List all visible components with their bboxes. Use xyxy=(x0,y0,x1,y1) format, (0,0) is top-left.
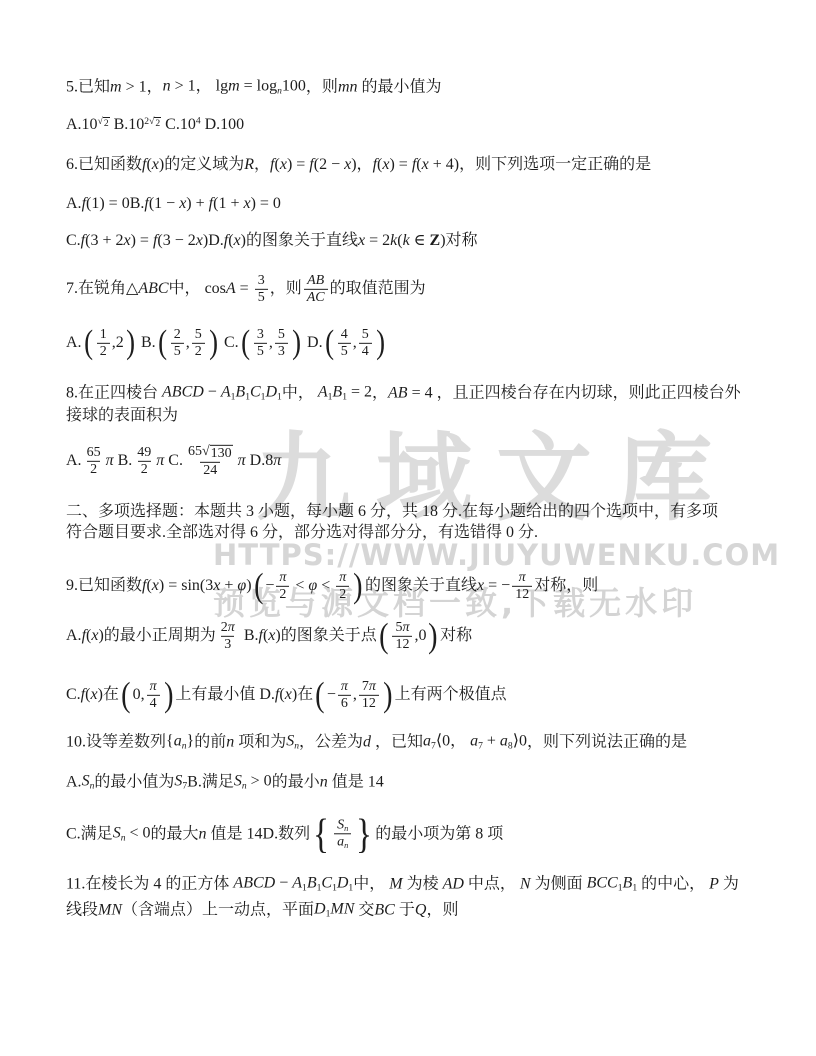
text-run: 二、多项选择题：本题共 3 小题，每小题 6 分，共 18 分.在每小题给出的四… xyxy=(66,502,718,522)
text-run: 的最小 xyxy=(272,772,320,792)
math-run: d xyxy=(363,732,371,752)
delimiter: ) xyxy=(164,679,173,711)
fraction: π2 xyxy=(336,570,349,602)
fraction: 2π3 xyxy=(218,620,238,652)
text-run: C. xyxy=(164,451,183,471)
text-run: 的图象关于直线 xyxy=(246,231,358,251)
delimiter: ( xyxy=(121,679,130,711)
math-run: − xyxy=(265,576,274,596)
text-run: D. xyxy=(208,231,224,251)
problem-9-options-cd: C.f(x)在(0,π4)上有最小值 D.f(x)在(−π6,7π12)上有两个… xyxy=(66,679,507,711)
text-run: 中， xyxy=(353,874,389,894)
fraction: 5π12 xyxy=(392,620,412,652)
section-2-header-1: 二、多项选择题：本题共 3 小题，每小题 6 分，共 18 分.在每小题给出的四… xyxy=(66,502,718,522)
text-run: C. xyxy=(66,231,81,251)
text-run: B.10 xyxy=(110,115,145,135)
text-run: 上有最小值 D. xyxy=(175,685,275,705)
math-run: △ABC xyxy=(126,279,169,299)
delimiter: ) xyxy=(429,620,438,652)
text-run: 中， xyxy=(282,383,318,403)
text-run: A. xyxy=(66,772,82,792)
text-run: ，则 xyxy=(270,279,302,299)
fraction: 35 xyxy=(254,327,267,359)
fraction: π4 xyxy=(147,679,160,711)
fraction: 54 xyxy=(359,327,372,359)
text-run: （含端点）上一动点，平面 xyxy=(122,900,314,920)
math-run: f(x) = sin(3x + φ) xyxy=(142,576,252,596)
text-run: 6.已知函数 xyxy=(66,155,142,175)
text-run: ， xyxy=(357,155,373,175)
text-run: 5.已知 xyxy=(66,77,110,97)
math-run: , xyxy=(353,685,357,705)
text-run: B. xyxy=(137,333,156,353)
section-2-header-2: 符合题目要求.全部选对得 6 分，部分选对得部分分，有选错得 0 分. xyxy=(66,523,538,543)
text-run: 的最小值为 xyxy=(94,772,174,792)
delimiter: ( xyxy=(315,679,324,711)
problem-10-statement: 10.设等差数列{an}的前n 项和为Sn，公差为d ，已知a7⟨0， a7 +… xyxy=(66,731,687,752)
text-run: 在 xyxy=(103,685,119,705)
fraction: ABAC xyxy=(304,273,328,305)
math-run: 0, xyxy=(133,685,145,705)
text-run: 值是 14D.数列 xyxy=(207,824,311,844)
math-run: ,0 xyxy=(414,626,426,646)
math-run: f(x) = f(x + 4) xyxy=(373,155,460,175)
fraction: 652 xyxy=(84,445,104,477)
problem-8-statement-2: 接球的表面积为 xyxy=(66,406,178,426)
problem-6-statement: 6.已知函数f(x)的定义域为R，f(x) = f(2 − x)，f(x) = … xyxy=(66,155,651,175)
text-run: 7.在锐角 xyxy=(66,279,126,299)
math-run: AD xyxy=(443,874,464,894)
delimiter: ) xyxy=(353,570,362,602)
text-run: 10.设等差数列 xyxy=(66,732,166,752)
problem-6-options-cd: C.f(3 + 2x) = f(3 − 2x)D.f(x)的图象关于直线x = … xyxy=(66,231,478,251)
text-run: ， xyxy=(372,383,388,403)
problem-10-options-cd: C.满足Sn < 0的最大n 值是 14D.数列{Snan}的最小项为第 8 项 xyxy=(66,815,503,852)
math-run: P xyxy=(709,874,719,894)
text-run: 的取值范围为 xyxy=(330,279,426,299)
text-run: 中， xyxy=(169,279,205,299)
text-run: B. xyxy=(130,194,145,214)
math-run: n xyxy=(226,732,234,752)
text-run: A. xyxy=(66,194,82,214)
problem-5-options: A.10√2 B.102√2 C.104 D.100 xyxy=(66,115,244,135)
delimiter: ) xyxy=(126,328,135,358)
text-run: B. xyxy=(240,626,259,646)
delimiter: ) xyxy=(292,328,301,358)
text-run: 的定义域为 xyxy=(164,155,244,175)
math-run: 2√2 xyxy=(144,115,161,135)
delimiter: ) xyxy=(383,679,392,711)
text-run: 的最大 xyxy=(151,824,199,844)
math-run: ,2 xyxy=(112,333,124,353)
delimiter: ( xyxy=(241,328,250,358)
math-run: π xyxy=(273,451,281,471)
text-run: C.满足 xyxy=(66,824,113,844)
text-run: ，则下列说法正确的是 xyxy=(527,732,687,752)
math-run: f(x) xyxy=(258,626,280,646)
text-run: 中点， xyxy=(464,874,520,894)
text-run: C. xyxy=(66,685,81,705)
text-run: 接球的表面积为 xyxy=(66,406,178,426)
text-run: 的图象关于直线 xyxy=(365,576,477,596)
math-run: ABCD − A1B1C1D1 xyxy=(233,873,353,894)
text-run: 的最小正周期为 xyxy=(104,626,216,646)
math-run: MN xyxy=(98,900,122,920)
text-run: ，则 xyxy=(306,77,338,97)
math-run: f(x) xyxy=(224,231,246,251)
fraction: 52 xyxy=(192,327,205,359)
problem-9-options-ab: A.f(x)的最小正周期为2π3 B.f(x)的图象关于点(5π12,0)对称 xyxy=(66,620,472,652)
math-run: f(x) xyxy=(275,685,297,705)
math-run: Sn xyxy=(286,731,299,752)
text-run: C. xyxy=(220,333,239,353)
text-run: ，则 xyxy=(426,900,458,920)
math-run: π xyxy=(156,451,164,471)
math-run: Q xyxy=(415,900,427,920)
math-run: cosA = xyxy=(205,279,253,299)
math-run: − xyxy=(327,685,336,705)
math-run: , xyxy=(186,333,190,353)
math-run: A1B1 = 2 xyxy=(318,382,372,403)
text-run: 11.在棱长为 4 的正方体 xyxy=(66,874,233,894)
math-run: , xyxy=(269,333,273,353)
math-run: f(1) = 0 xyxy=(82,194,130,214)
math-run: , xyxy=(353,333,357,353)
fraction: π12 xyxy=(512,570,532,602)
math-run: a7⟨0， a7 + a8⟩0 xyxy=(423,731,527,752)
text-run: D.100 xyxy=(201,115,245,135)
fraction: 45 xyxy=(338,327,351,359)
delimiter: ( xyxy=(84,328,93,358)
text-run: 的图象关于点 xyxy=(281,626,377,646)
text-run: A. xyxy=(66,626,82,646)
math-run: BC xyxy=(374,900,394,920)
text-run: ，公差为 xyxy=(299,732,363,752)
math-run: π xyxy=(238,451,246,471)
text-run: A. xyxy=(66,451,82,471)
text-run: D. xyxy=(303,333,323,353)
problem-11-statement-2: 线段MN（含端点）上一动点，平面D1MN 交BC 于Q，则 xyxy=(66,899,458,920)
problem-8-options: A.652π B.492π C.65√13024π D.8π xyxy=(66,444,281,478)
math-run: f(x) = f(2 − x) xyxy=(270,155,357,175)
delimiter: ( xyxy=(325,328,334,358)
text-run: 上有两个极值点 xyxy=(395,685,507,705)
fraction: Snan xyxy=(334,817,351,850)
delimiter: { xyxy=(313,815,329,852)
text-run: 项和为 xyxy=(234,732,286,752)
math-run: f(3 + 2x) = f(3 − 2x) xyxy=(81,231,209,251)
fraction: 7π12 xyxy=(359,679,379,711)
text-run: 对称 xyxy=(440,626,472,646)
fraction: π2 xyxy=(276,570,289,602)
problem-7-statement: 7.在锐角△ABC中， cosA = 35，则ABAC的取值范围为 xyxy=(66,273,426,305)
delimiter: ( xyxy=(254,570,263,602)
math-run: n > 1， lgm = logn100 xyxy=(163,76,306,97)
math-run: {an} xyxy=(166,731,194,752)
text-run: 的最小项为第 8 项 xyxy=(375,824,503,844)
text-run: 的前 xyxy=(194,732,226,752)
math-run: √2 xyxy=(98,115,110,135)
text-run: 交 xyxy=(354,900,374,920)
math-run: Sn < 0 xyxy=(113,823,151,844)
problem-6-options-ab: A.f(1) = 0B.f(1 − x) + f(1 + x) = 0 xyxy=(66,194,281,214)
text-run: 对称，则 xyxy=(534,576,598,596)
text-run: 8.在正四棱台 xyxy=(66,383,162,403)
fraction: 25 xyxy=(171,327,184,359)
math-run: x = 2k(k ∈ Z) xyxy=(358,231,446,251)
math-run: Sn xyxy=(82,771,95,792)
text-run: B. xyxy=(114,451,133,471)
problem-8-statement-1: 8.在正四棱台 ABCD − A1B1C1D1中， A1B1 = 2，AB = … xyxy=(66,382,741,403)
text-run: D.8 xyxy=(246,451,274,471)
delimiter: } xyxy=(356,815,372,852)
problem-5-statement: 5.已知m > 1，n > 1， lgm = logn100，则mn 的最小值为 xyxy=(66,76,442,97)
math-run: π xyxy=(106,451,114,471)
text-run: B.满足 xyxy=(187,772,234,792)
text-run: ，且正四棱台存在内切球，则此正四棱台外 xyxy=(433,383,741,403)
text-run: 值是 14 xyxy=(328,772,384,792)
delimiter: ) xyxy=(209,328,218,358)
fraction: 12 xyxy=(97,327,110,359)
text-run: A. xyxy=(66,333,82,353)
text-run: A.10 xyxy=(66,115,98,135)
math-run: R xyxy=(244,155,254,175)
math-run: ABCD − A1B1C1D1 xyxy=(162,382,282,403)
fraction: 492 xyxy=(134,445,154,477)
text-run: 的中心， xyxy=(637,874,709,894)
problem-7-options: A.(12,2) B.(25,52) C.(35,53) D.(45,54) xyxy=(66,327,387,359)
math-run: f(x) xyxy=(81,685,103,705)
exam-page: 九域文库 HTTPS://WWW.JIUYUWENKU.COM 预览与源文档一致… xyxy=(0,0,816,1056)
math-run: f(1 − x) + f(1 + x) = 0 xyxy=(144,194,281,214)
math-run: AB = 4 xyxy=(388,383,433,403)
fraction: π6 xyxy=(338,679,351,711)
math-run: f(x) xyxy=(142,155,164,175)
problem-9-statement: 9.已知函数f(x) = sin(3x + φ)(−π2 < φ < π2)的图… xyxy=(66,570,598,602)
text-run: 对称 xyxy=(446,231,478,251)
math-run: M xyxy=(389,874,402,894)
text-run: 符合题目要求.全部选对得 6 分，部分选对得部分分，有选错得 0 分. xyxy=(66,523,538,543)
fraction: 65√13024 xyxy=(185,444,236,478)
delimiter: ) xyxy=(376,328,385,358)
text-run: ，则下列选项一定正确的是 xyxy=(459,155,651,175)
math-run: n xyxy=(320,772,328,792)
text-run: 在 xyxy=(297,685,313,705)
math-run: N xyxy=(520,874,531,894)
fraction: 53 xyxy=(275,327,288,359)
problem-10-options-ab: A.Sn的最小值为S7B.满足Sn > 0的最小n 值是 14 xyxy=(66,771,384,792)
fraction: 35 xyxy=(255,273,268,305)
math-run: mn xyxy=(338,77,358,97)
math-run: < φ < xyxy=(291,576,334,596)
math-run: Sn > 0 xyxy=(234,771,272,792)
text-run: 为棱 xyxy=(403,874,443,894)
problem-11-statement-1: 11.在棱长为 4 的正方体 ABCD − A1B1C1D1中， M 为棱 AD… xyxy=(66,873,739,894)
math-run: D1MN xyxy=(314,899,354,920)
delimiter: ( xyxy=(158,328,167,358)
text-run: 于 xyxy=(395,900,415,920)
text-run: ，已知 xyxy=(371,732,423,752)
text-run: 的最小值为 xyxy=(358,77,442,97)
delimiter: ( xyxy=(379,620,388,652)
math-run: x = − xyxy=(477,576,510,596)
text-run: 9.已知函数 xyxy=(66,576,142,596)
math-run: BCC1B1 xyxy=(587,873,638,894)
text-run: 为 xyxy=(719,874,739,894)
math-run: S7 xyxy=(174,771,187,792)
text-run: ， xyxy=(254,155,270,175)
math-run: m > 1， xyxy=(110,77,163,97)
math-run: n xyxy=(199,824,207,844)
text-run: 为侧面 xyxy=(531,874,587,894)
math-run: f(x) xyxy=(82,626,104,646)
text-run: C.10 xyxy=(161,115,196,135)
text-run: 线段 xyxy=(66,900,98,920)
watermark-url: HTTPS://WWW.JIUYUWENKU.COM xyxy=(213,538,780,572)
